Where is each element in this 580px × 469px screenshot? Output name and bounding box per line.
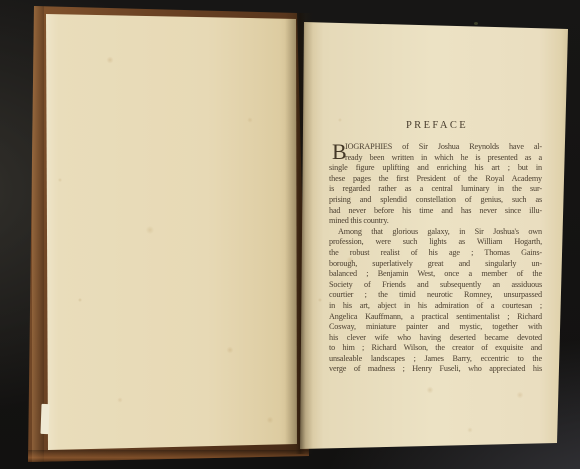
text-line: Cosway, miniature painter and mystic, to… — [329, 322, 542, 333]
text-line: balanced ; Benjamin West, once a member … — [329, 269, 542, 280]
left-blank-page — [40, 10, 298, 452]
page-heading: PREFACE — [329, 120, 542, 131]
preface-paragraphs: BIOGRAPHIES of Sir Joshua Reynolds have … — [329, 142, 542, 375]
text-line: courtier ; the timid neurotic Romney, un… — [329, 290, 542, 301]
paragraph: BIOGRAPHIES of Sir Joshua Reynolds have … — [329, 142, 542, 227]
text-line: his clever wife who having deserted beca… — [329, 333, 542, 344]
drop-cap: B — [332, 143, 347, 161]
text-line: IOGRAPHIES of Sir Joshua Reynolds have a… — [329, 142, 542, 153]
text-line: single figure uplifting and enriching hi… — [329, 163, 542, 174]
text-line: verge of madness ; Henry Fuseli, who app… — [329, 364, 542, 375]
text-line: had never before his time and has never … — [329, 206, 542, 217]
text-line: the robust realist of his age ; Thomas G… — [329, 248, 542, 259]
page-top-speck — [474, 22, 478, 25]
text-line: borough, superlatively great and singula… — [329, 259, 542, 270]
text-line: mined this country. — [329, 216, 542, 227]
paragraph: Among that glorious galaxy, in Sir Joshu… — [329, 227, 542, 375]
text-line: profession, were such lights as William … — [329, 237, 542, 248]
text-line: unsaleable landscapes ; James Barry, ecc… — [329, 354, 542, 365]
text-line: Angelica Kauffmann, a practical sentimen… — [329, 312, 542, 323]
page-edge-highlight — [40, 404, 49, 434]
text-line: to him ; Richard Wilson, the creator of … — [329, 343, 542, 354]
text-line: in his art, abject in his admiration of … — [329, 301, 542, 312]
text-line: ready been written in which he is presen… — [329, 153, 542, 164]
text-line: Among that glorious galaxy, in Sir Joshu… — [329, 227, 542, 238]
text-line: these pages the first President of the R… — [329, 174, 542, 185]
text-line: prising and splendid constellation of ge… — [329, 195, 542, 206]
text-line: Society of Friends and subsequently an a… — [329, 280, 542, 291]
photo-of-open-book: PREFACE BIOGRAPHIES of Sir Joshua Reynol… — [0, 0, 580, 469]
preface-text-block: PREFACE BIOGRAPHIES of Sir Joshua Reynol… — [329, 120, 542, 375]
text-line: is regarded rather as a central luminary… — [329, 184, 542, 195]
